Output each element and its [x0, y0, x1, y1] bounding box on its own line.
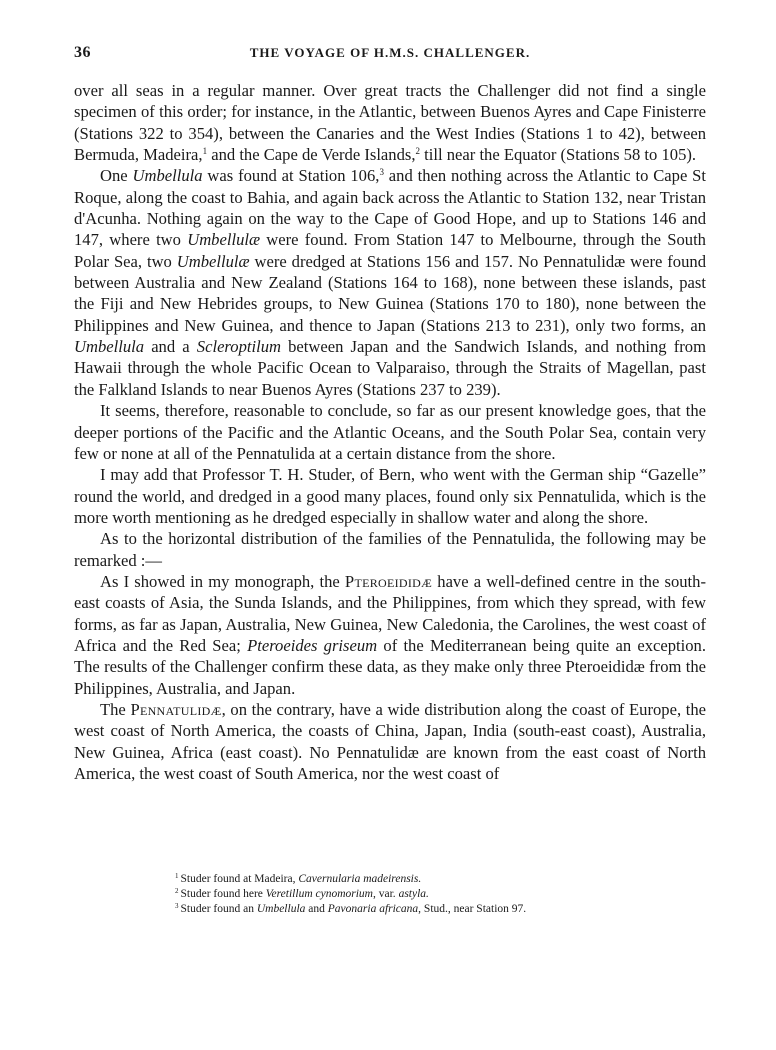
- text-run: , Stud., near Station 97.: [418, 903, 526, 915]
- italic-term: astyla.: [399, 888, 429, 900]
- italic-term: Umbellulæ: [177, 252, 250, 271]
- footnote: 2Studer found here Veretillum cynomorium…: [175, 887, 655, 902]
- footnote-marker: 3: [175, 902, 179, 910]
- italic-term: Umbellula: [133, 166, 203, 185]
- italic-term: Pteroeides griseum: [247, 636, 377, 655]
- text-run: and: [305, 903, 327, 915]
- paragraph: As I showed in my monograph, the Pteroei…: [74, 571, 706, 699]
- footnote-marker: 1: [175, 872, 179, 880]
- text-run: As I showed in my monograph, the: [100, 572, 345, 591]
- text-run: As to the horizontal distribution of the…: [74, 529, 706, 569]
- paragraph: It seems, therefore, reasonable to concl…: [74, 400, 706, 464]
- text-run: Studer found at Madeira,: [181, 873, 299, 885]
- text-run: , var.: [373, 888, 399, 900]
- running-title: THE VOYAGE OF H.M.S. CHALLENGER.: [74, 45, 706, 61]
- text-run: Studer found here: [181, 888, 266, 900]
- paragraph: One Umbellula was found at Station 106,3…: [74, 165, 706, 400]
- footnotes: 1Studer found at Madeira, Cavernularia m…: [175, 872, 655, 917]
- italic-term: Pavonaria africana: [328, 903, 418, 915]
- paragraph: over all seas in a regular manner. Over …: [74, 80, 706, 165]
- paragraph: As to the horizontal distribution of the…: [74, 528, 706, 571]
- paragraph: I may add that Professor T. H. Studer, o…: [74, 464, 706, 528]
- italic-term: Umbellulæ: [187, 230, 260, 249]
- italic-term: Umbellula: [74, 337, 144, 356]
- text-run: I may add that Professor T. H. Studer, o…: [74, 465, 706, 527]
- italic-term: Veretillum cynomorium: [266, 888, 373, 900]
- paragraph: The Pennatulidæ, on the contrary, have a…: [74, 699, 706, 784]
- page-header: 36 THE VOYAGE OF H.M.S. CHALLENGER.: [74, 44, 706, 64]
- text-run: was found at Station 106,: [203, 166, 380, 185]
- text-run: till near the Equator (Stations 58 to 10…: [420, 145, 696, 164]
- text-run: It seems, therefore, reasonable to concl…: [74, 401, 706, 463]
- footnote: 3Studer found an Umbellula and Pavonaria…: [175, 902, 655, 917]
- text-run: One: [100, 166, 133, 185]
- body-text: over all seas in a regular manner. Over …: [74, 80, 706, 784]
- small-caps-term: Pteroeididæ: [345, 572, 432, 591]
- italic-term: Umbellula: [257, 903, 306, 915]
- small-caps-term: Pennatulidæ: [130, 700, 221, 719]
- footnote-marker: 2: [175, 887, 179, 895]
- text-run: and a: [144, 337, 197, 356]
- italic-term: Scleroptilum: [197, 337, 281, 356]
- text-run: The: [100, 700, 130, 719]
- text-run: and the Cape de Verde Islands,: [207, 145, 415, 164]
- text-run: Studer found an: [181, 903, 257, 915]
- italic-term: Cavernularia madeirensis.: [298, 873, 421, 885]
- footnote: 1Studer found at Madeira, Cavernularia m…: [175, 872, 655, 887]
